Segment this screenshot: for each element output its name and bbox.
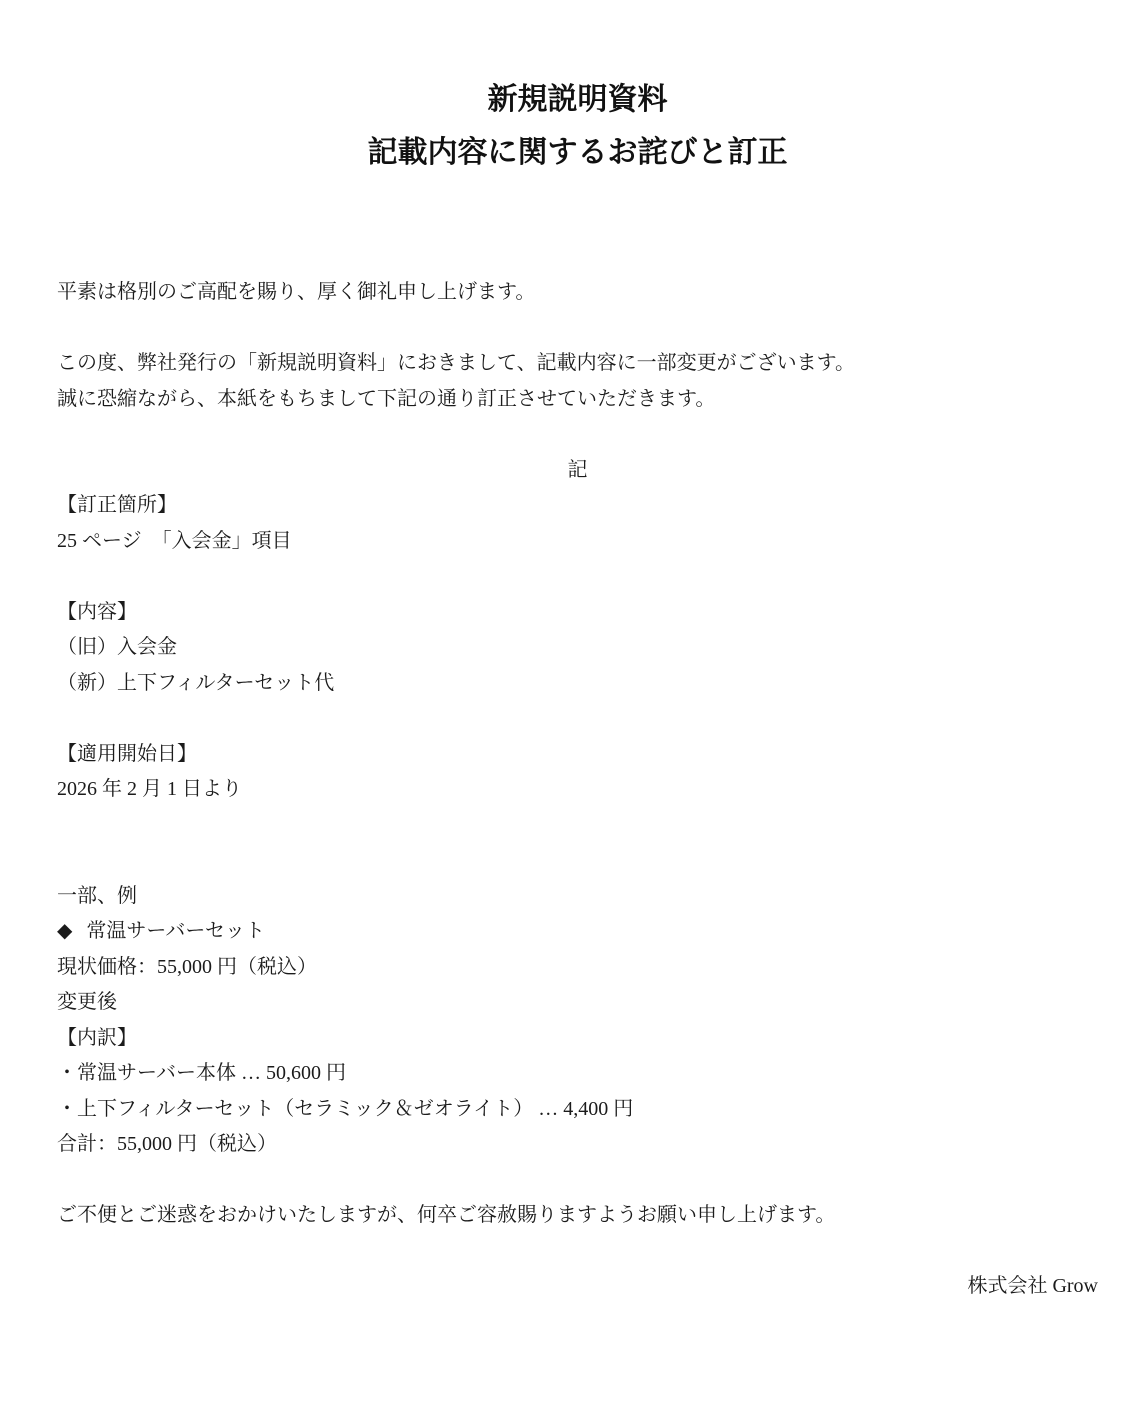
record-marker: 記	[57, 453, 1098, 489]
effective-date-heading: 【適用開始日】	[57, 737, 1098, 773]
correction-location-heading: 【訂正箇所】	[57, 488, 1098, 524]
blank-line	[57, 1163, 1098, 1199]
blank-line	[57, 311, 1098, 347]
document-title: 新規説明資料 記載内容に関するお詫びと訂正	[57, 73, 1098, 179]
correction-location-body: 25 ページ 「入会金」項目	[57, 524, 1098, 560]
example-intro: 一部、例	[57, 879, 1098, 915]
signature: 株式会社 Grow	[57, 1269, 1098, 1305]
document-body: 平素は格別のご高配を賜り、厚く御礼申し上げます。 この度、弊社発行の「新規説明資…	[57, 275, 1098, 1305]
title-line-1: 新規説明資料	[57, 73, 1098, 126]
diamond-bullet-icon: ◆	[57, 920, 72, 942]
effective-date-body: 2026 年 2 月 1 日より	[57, 772, 1098, 808]
example-product-line: ◆常温サーバーセット	[57, 914, 1098, 950]
content-change-heading: 【内容】	[57, 595, 1098, 631]
example-breakdown-item: ・上下フィルターセット（セラミック＆ゼオライト） … 4,400 円	[57, 1092, 1098, 1128]
blank-line	[57, 808, 1098, 844]
blank-line	[57, 417, 1098, 453]
blank-line	[57, 701, 1098, 737]
example-total: 合計：55,000 円（税込）	[57, 1127, 1098, 1163]
example-product-name: 常温サーバーセット	[86, 920, 265, 942]
example-current-price: 現状価格：55,000 円（税込）	[57, 950, 1098, 986]
intro-line-1: この度、弊社発行の「新規説明資料」におきまして、記載内容に一部変更がございます。	[57, 346, 1098, 382]
closing-line: ご不便とご迷惑をおかけいたしますが、何卒ご容赦賜りますようお願い申し上げます。	[57, 1198, 1098, 1234]
intro-line-2: 誠に恐縮ながら、本紙をもちまして下記の通り訂正させていただきます。	[57, 382, 1098, 418]
blank-line	[57, 1234, 1098, 1270]
example-breakdown-heading: 【内訳】	[57, 1021, 1098, 1057]
example-breakdown-item: ・常温サーバー本体 … 50,600 円	[57, 1056, 1098, 1092]
document-page: 新規説明資料 記載内容に関するお詫びと訂正 平素は格別のご高配を賜り、厚く御礼申…	[0, 0, 1138, 1422]
blank-line	[57, 559, 1098, 595]
example-after-change-label: 変更後	[57, 985, 1098, 1021]
title-line-2: 記載内容に関するお詫びと訂正	[57, 126, 1098, 179]
content-change-new: （新）上下フィルターセット代	[57, 666, 1098, 702]
content-change-old: （旧）入会金	[57, 630, 1098, 666]
greeting-line: 平素は格別のご高配を賜り、厚く御礼申し上げます。	[57, 275, 1098, 311]
blank-line	[57, 843, 1098, 879]
